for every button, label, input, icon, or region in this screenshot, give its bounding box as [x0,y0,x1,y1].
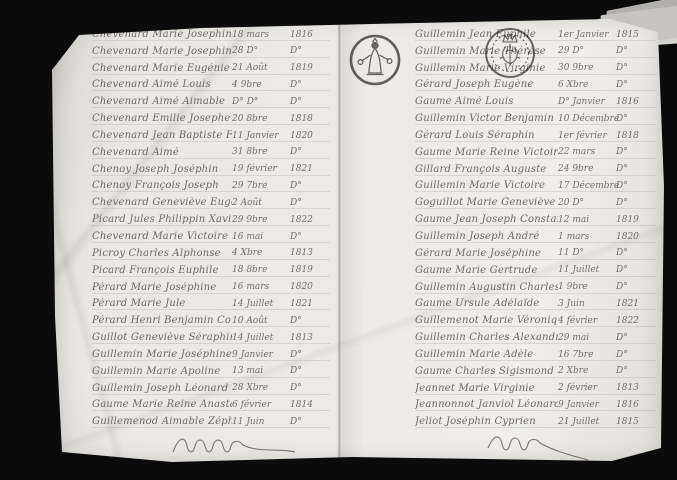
entry-date: 28 D° [232,46,290,56]
register-entry: Gaume Marie Gertrude11 JuilletD° [415,260,656,277]
register-entry: Chevenard Geneviève Eugénie2 AoûtD° [92,192,330,209]
entry-year: D° [290,147,330,157]
entry-date: 31 8bre [232,147,290,157]
entry-name: Chevenard Jean Baptiste Florimond [92,130,232,141]
entry-date: 16 mai [232,232,290,242]
center-fold [337,16,342,463]
entry-date: 20 8bre [232,114,290,124]
entry-year: 1818 [616,131,656,141]
entry-year: D° [616,63,656,73]
entry-year: 1821 [616,299,656,309]
entry-year: 1816 [290,30,330,40]
entry-name: Guillemin Joseph André [415,231,558,242]
entry-name: Guillemin Victor Benjamin [415,113,558,124]
register-entry: Picroy Charles Alphonse4 Xbre1813 [92,243,330,260]
entry-year: D° [290,350,330,360]
entry-year: 1819 [616,215,656,225]
entry-name: Chevenard Aimé [92,147,232,158]
entry-year: D° [616,366,656,376]
entry-date: 14 Juillet [232,333,290,343]
entry-name: Gaume Charles Sigismond [415,366,558,377]
register-entry: Guillemin Augustin Charles François1 9br… [415,277,656,294]
register-entry: Guillemin Joseph André1 mars1820 [415,226,656,243]
entry-date: 11 Juin [232,417,290,427]
entry-year: 1813 [290,333,330,343]
register-entry: Pérard Marie Jule14 Juillet1821 [92,294,330,311]
register-entry: Gaume Charles Sigismond2 XbreD° [415,361,656,378]
entry-year: D° [290,181,330,191]
entry-date: 1 mars [558,232,616,242]
entry-name: Chevenard Marie Josephine [92,29,232,40]
entry-name: Guillot Geneviève Séraphine [92,332,232,343]
register-entry: Picard François Euphile18 8bre1819 [92,260,330,277]
entry-date: 29 D° [558,46,616,56]
entry-name: Gérard Marie Joséphine [415,248,558,259]
register-entry: Gérard Louis Séraphin1er février1818 [415,125,656,142]
register-entry: Guillot Geneviève Séraphine14 Juillet181… [92,327,330,344]
register-entry: Gérard Marie Joséphine11 D°D° [415,243,656,260]
entry-date: 4 février [558,316,616,326]
entry-name: Guillemin Marie Joséphine [92,349,232,360]
entry-name: Pérard Marie Jule [92,298,232,309]
entry-name: Gérard Joseph Eugène [415,79,558,90]
entry-date: 2 février [558,383,616,393]
entry-date: 11 Juillet [558,265,616,275]
entry-date: 28 Xbre [232,383,290,393]
entry-year: 1822 [290,215,330,225]
register-entry: Chenoy François Joseph29 7breD° [92,176,330,193]
entry-year: D° [616,265,656,275]
entry-name: Picard Jules Philippin Xavier [92,214,232,225]
scanned-register-spread: Chevenard Marie Josephine18 mars1816Chev… [0,0,677,480]
entry-year: 1816 [616,400,656,410]
register-entry: Chevenard Marie Josephine Aimable28 D°D° [92,41,330,58]
entry-date: D° Janvier [558,97,616,107]
entry-name: Chevenard Marie Eugénie [92,63,232,74]
entry-name: Gillard François Auguste [415,164,558,175]
entry-name: Picard François Euphile [92,265,232,276]
entry-date: 24 9bre [558,164,616,174]
entry-date: D° D° [232,97,290,107]
entry-year: 1816 [616,97,656,107]
register-entry: Gaume Aimé LouisD° Janvier1816 [415,91,656,108]
entry-date: 30 9bre [558,63,616,73]
entry-year: 1820 [290,131,330,141]
register-entry: Chevenard Marie Victoire16 maiD° [92,226,330,243]
register-entry: Chevenard Marie Josephine18 mars1816 [92,24,330,41]
entry-year: 1815 [616,417,656,427]
entry-name: Chevenard Marie Victoire [92,231,232,242]
entry-year: D° [290,80,330,90]
entry-year: 1819 [290,63,330,73]
entry-year: D° [290,316,330,326]
register-entry: Guillemin Victor Benjamin10 DécembreD° [415,108,656,125]
register-entry: Chenoy Joseph Joséphin19 février1821 [92,159,330,176]
entry-date: 20 D° [558,198,616,208]
entry-date: 13 mai [232,366,290,376]
entry-date: 10 Décembre [558,114,616,124]
entry-name: Guillemenot Marie Véronique [415,315,558,326]
entry-year: D° [616,333,656,343]
entry-year: D° [290,383,330,393]
entry-year: 1822 [616,316,656,326]
entry-name: Chenoy Joseph Joséphin [92,164,232,175]
entry-name: Gaume Marie Reine Victoire [415,147,558,158]
entry-date: 2 Xbre [558,366,616,376]
entry-name: Chevenard Geneviève Eugénie [92,197,232,208]
register-entry: Chevenard Jean Baptiste Florimond11 Janv… [92,125,330,142]
entry-name: Guillemin Marie Victoire [415,180,558,191]
entry-name: Chevenard Aimé Aimable [92,96,232,107]
entry-date: 12 mai [558,215,616,225]
register-entry: Jeannonnot Janviol Léonard9 Janvier1816 [415,395,656,412]
register-entry: Guillemin Charles Alexandre29 maiD° [415,327,656,344]
entry-name: Jeliot Joséphin Cyprien [415,416,558,427]
register-entry: Guillemenod Aimable Zéphirin11 JuinD° [92,411,330,428]
entry-year: D° [290,198,330,208]
entry-name: Jeannonnot Janviol Léonard [415,399,558,410]
left-entries: Chevenard Marie Josephine18 mars1816Chev… [92,24,330,428]
register-entry: Guillemin Marie Apoline13 maiD° [92,361,330,378]
figure-seal-stamp [348,32,402,88]
entry-date: 11 D° [558,248,616,258]
entry-year: 1818 [290,114,330,124]
entry-year: 1821 [290,299,330,309]
entry-year: D° [616,282,656,292]
entry-name: Gaume Ursule Adélaïde [415,298,558,309]
register-entry: Guillemenot Marie Véronique4 février1822 [415,310,656,327]
entry-year: D° [290,417,330,427]
entry-date: 4 9bre [232,80,290,90]
register-entry: Chevenard Aimé31 8breD° [92,142,330,159]
entry-date: 29 9bre [232,215,290,225]
entry-name: Gérard Louis Séraphin [415,130,558,141]
entry-date: 21 Août [232,63,290,73]
register-entry: Guillemin Marie Adèle16 7breD° [415,344,656,361]
entry-name: Guillemin Augustin Charles François [415,282,558,293]
register-entry: Guillemin Marie Victoire17 DécembreD° [415,176,656,193]
entry-name: Picroy Charles Alphonse [92,248,232,259]
register-entry: Gaume Jean Joseph Constant12 mai1819 [415,209,656,226]
entry-year: D° [290,366,330,376]
entry-name: Gaume Marie Reine Anastasie [92,399,232,410]
entry-date: 16 7bre [558,350,616,360]
entry-year: D° [616,46,656,56]
entry-name: Chevenard Marie Josephine Aimable [92,46,232,57]
entry-year: D° [616,181,656,191]
entry-year: D° [616,80,656,90]
crown-seal-stamp [483,26,537,80]
entry-year: D° [616,350,656,360]
entry-name: Pérard Marie Joséphine [92,282,232,293]
entry-year: 1821 [290,164,330,174]
entry-year: D° [616,198,656,208]
entry-year: D° [290,46,330,56]
entry-date: 18 8bre [232,265,290,275]
entry-date: 17 Décembre [558,181,616,191]
entry-date: 1 9bre [558,282,616,292]
entry-date: 22 mars [558,147,616,157]
entry-name: Guillemin Charles Alexandre [415,332,558,343]
register-entry: Picard Jules Philippin Xavier29 9bre1822 [92,209,330,226]
entry-date: 2 Août [232,198,290,208]
left-page: Chevenard Marie Josephine18 mars1816Chev… [92,24,330,428]
entry-year: 1814 [290,400,330,410]
signature-flourish-left [167,432,299,462]
register-entry: Pérard Henri Benjamin Constant10 AoûtD° [92,310,330,327]
signature-flourish-right [482,432,592,464]
entry-date: 29 mai [558,333,616,343]
entry-year: D° [616,164,656,174]
entry-year: D° [616,114,656,124]
entry-year: D° [616,248,656,258]
entry-year: D° [290,232,330,242]
entry-year: 1813 [616,383,656,393]
entry-name: Guillemin Marie Apoline [92,366,232,377]
register-entry: Chevenard Aimé AimableD° D°D° [92,91,330,108]
entry-date: 3 Juin [558,299,616,309]
register-entry: Guillemin Marie Joséphine9 JanvierD° [92,344,330,361]
entry-date: 9 Janvier [232,350,290,360]
register-entry: Guillemin Joseph Léonard28 XbreD° [92,378,330,395]
right-entries: Guillemin Jean Euphile1er Janvier1815Gui… [415,24,656,428]
entry-year: 1820 [290,282,330,292]
register-entry: Gaume Marie Reine Victoire22 marsD° [415,142,656,159]
entry-name: Chenoy François Joseph [92,180,232,191]
entry-name: Guillemenod Aimable Zéphirin [92,416,232,427]
entry-name: Guillemin Joseph Léonard [92,383,232,394]
register-entry: Chevenard Marie Eugénie21 Août1819 [92,58,330,75]
register-entry: Gaume Ursule Adélaïde3 Juin1821 [415,294,656,311]
entry-name: Pérard Henri Benjamin Constant [92,315,232,326]
right-page: Guillemin Jean Euphile1er Janvier1815Gui… [415,24,656,428]
register-entry: Pérard Marie Joséphine16 mars1820 [92,277,330,294]
entry-year: 1819 [290,265,330,275]
entry-date: 14 Juillet [232,299,290,309]
entry-name: Gaume Jean Joseph Constant [415,214,558,225]
entry-name: Jeannet Marie Virginie [415,383,558,394]
register-entry: Goguillot Marie Geneviève20 D°D° [415,192,656,209]
entry-date: 11 Janvier [232,131,290,141]
entry-name: Gaume Marie Gertrude [415,265,558,276]
entry-date: 19 février [232,164,290,174]
register-entry: Chevenard Aimé Louis4 9breD° [92,75,330,92]
entry-name: Gaume Aimé Louis [415,96,558,107]
entry-year: 1815 [616,30,656,40]
entry-name: Guillemin Marie Adèle [415,349,558,360]
entry-name: Chevenard Emilie Josephe [92,113,232,124]
entry-date: 6 février [232,400,290,410]
entry-date: 16 mars [232,282,290,292]
entry-date: 4 Xbre [232,248,290,258]
entry-date: 1er février [558,131,616,141]
entry-date: 10 Août [232,316,290,326]
entry-date: 6 Xbre [558,80,616,90]
entry-date: 9 Janvier [558,400,616,410]
entry-date: 1er Janvier [558,30,616,40]
register-entry: Chevenard Emilie Josephe20 8bre1818 [92,108,330,125]
entry-date: 21 Juillet [558,417,616,427]
register-entry: Gillard François Auguste24 9breD° [415,159,656,176]
entry-date: 18 mars [232,30,290,40]
entry-name: Goguillot Marie Geneviève [415,197,558,208]
entry-year: 1813 [290,248,330,258]
entry-year: D° [290,97,330,107]
register-paper: Chevenard Marie Josephine18 mars1816Chev… [52,16,664,463]
register-entry: Jeannet Marie Virginie2 février1813 [415,378,656,395]
entry-year: D° [616,147,656,157]
register-entry: Gaume Marie Reine Anastasie6 février1814 [92,395,330,412]
entry-date: 29 7bre [232,181,290,191]
register-entry: Jeliot Joséphin Cyprien21 Juillet1815 [415,411,656,428]
entry-year: 1820 [616,232,656,242]
entry-name: Chevenard Aimé Louis [92,79,232,90]
